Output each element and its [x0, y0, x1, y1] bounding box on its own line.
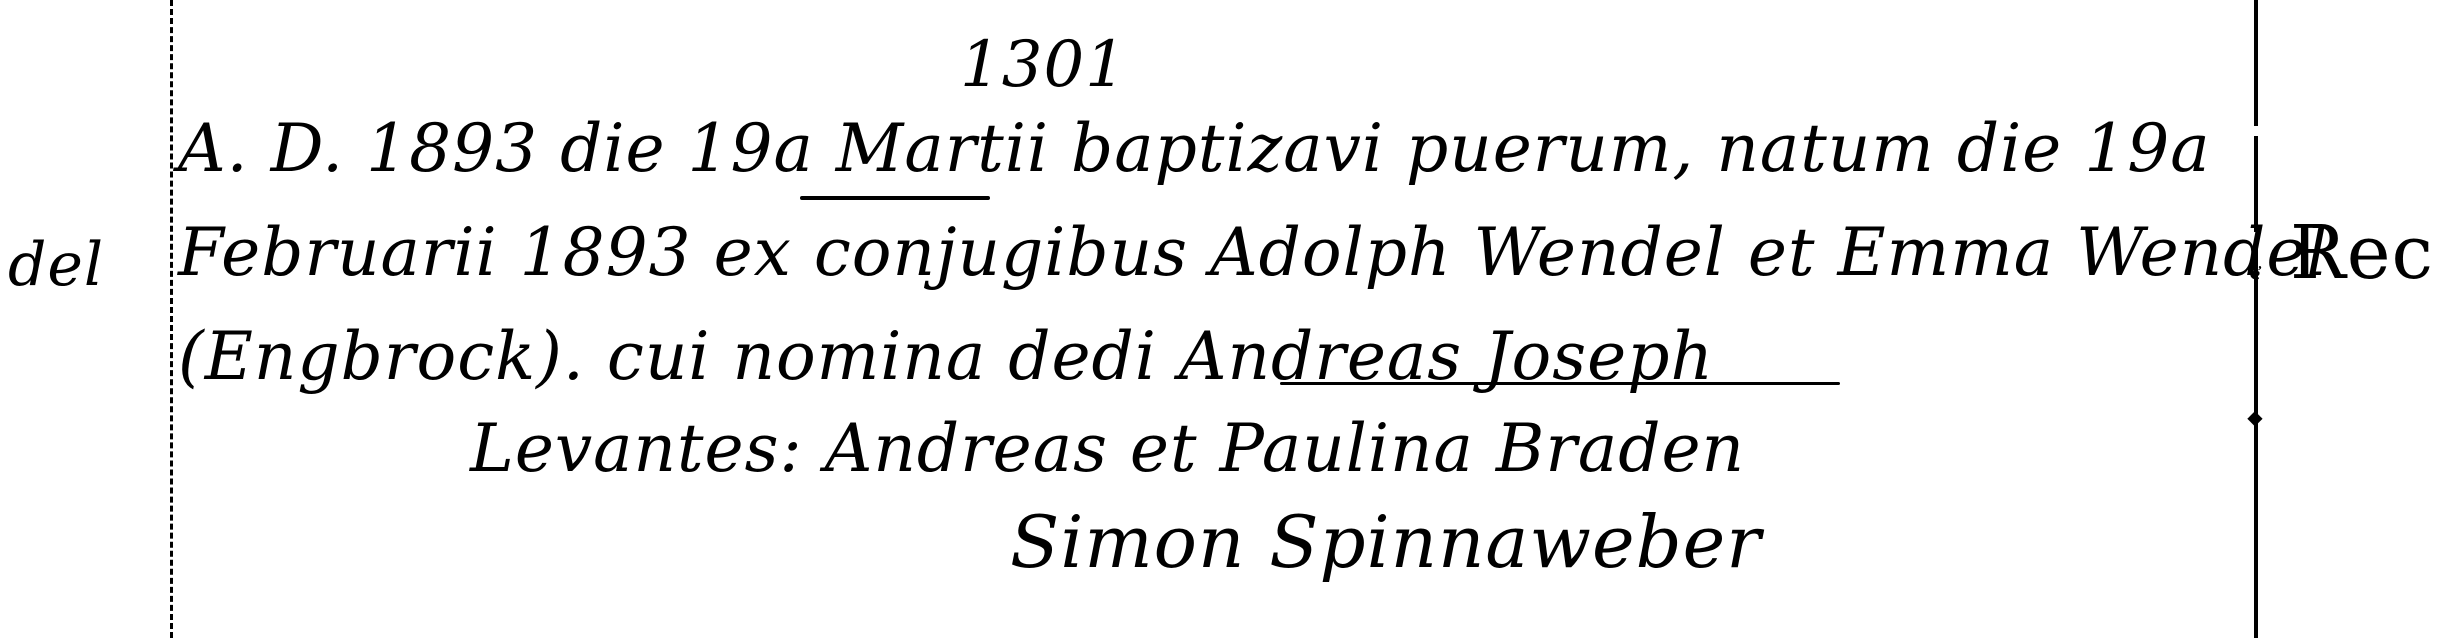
entry-line-1: A. D. 1893 die 19a Martii baptizavi puer… — [178, 110, 2211, 187]
entry-number: 1301 — [960, 28, 1127, 102]
register-page: ❦ ◆ 1301 A. D. 1893 die 19a Martii bapti… — [0, 0, 2447, 638]
entry-line-4-godparents: Levantes: Andreas et Paulina Braden — [470, 410, 1745, 487]
right-margin-note: Rec — [2290, 210, 2434, 296]
underline-martii — [800, 196, 990, 200]
rule-gap — [2250, 126, 2262, 136]
priest-signature: Simon Spinnaweber — [1010, 500, 1762, 584]
left-margin-note: del — [8, 230, 104, 300]
left-margin-dashed-rule — [170, 0, 173, 638]
underline-andreas-joseph — [1280, 382, 1840, 385]
entry-line-2: Februarii 1893 ex conjugibus Adolph Wend… — [178, 214, 2329, 291]
rule-diamond-icon: ◆ — [2244, 406, 2266, 428]
right-margin-rule — [2254, 0, 2258, 638]
